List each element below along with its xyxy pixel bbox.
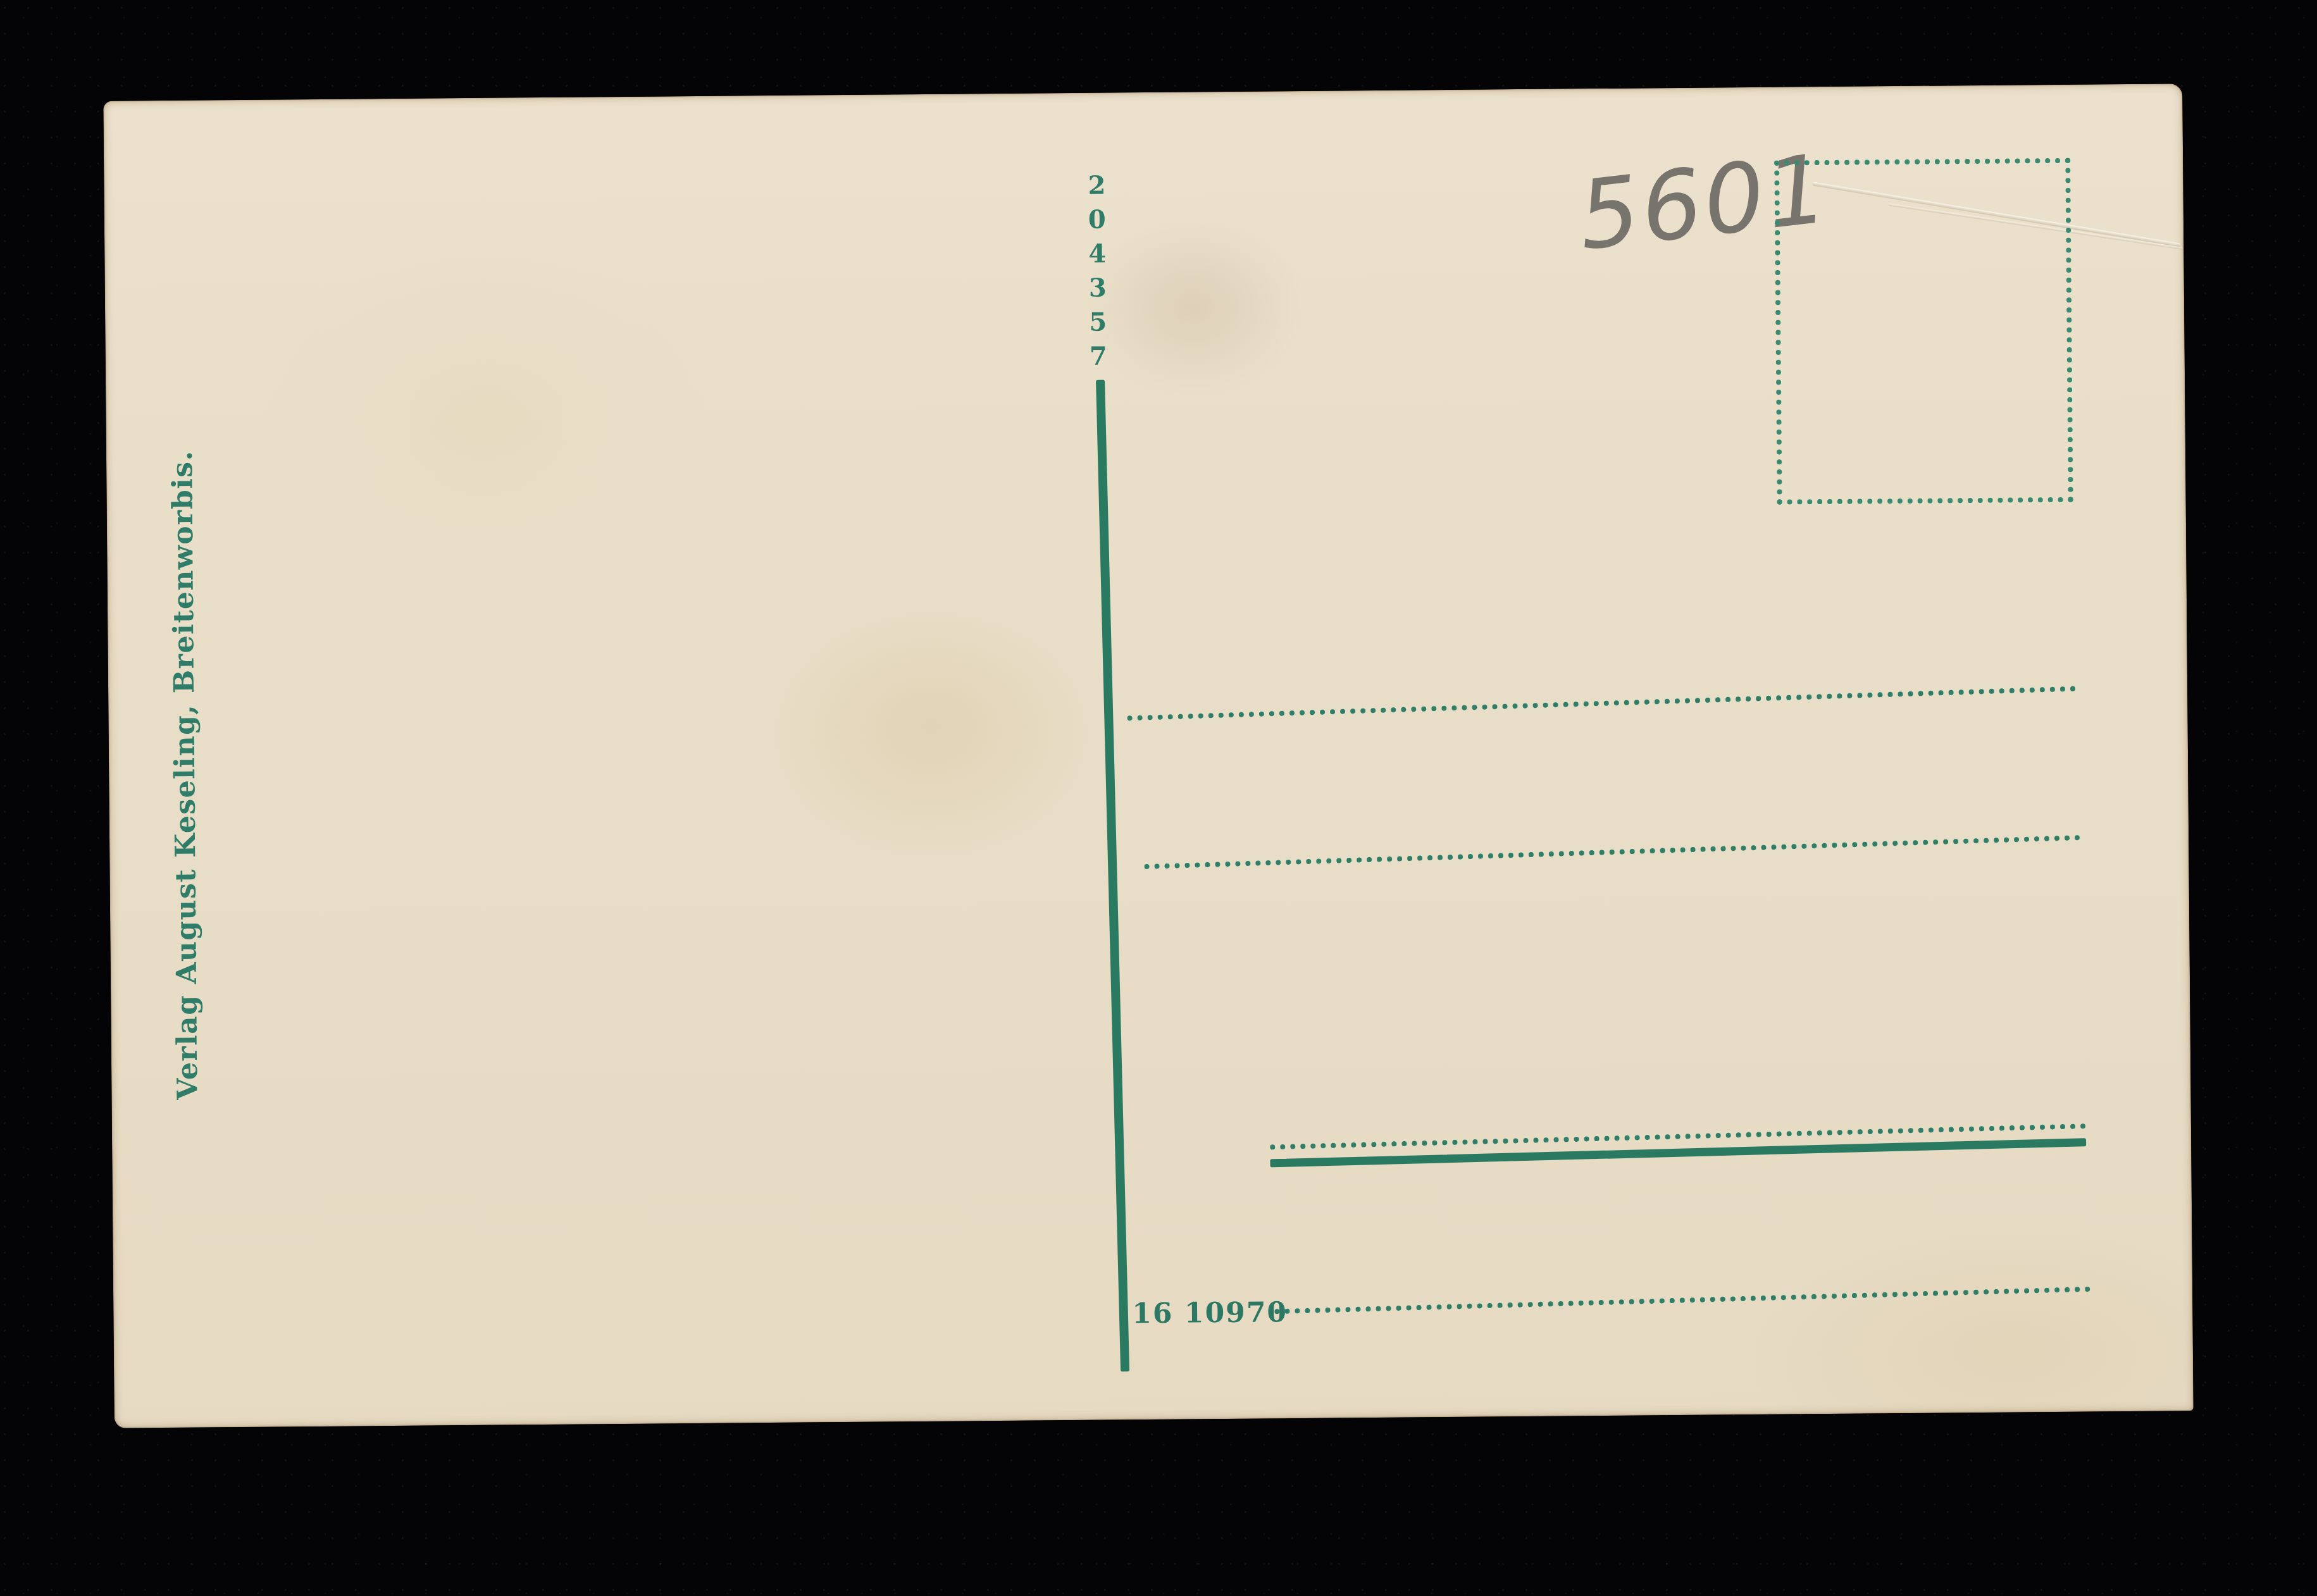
code-digit: 2 xyxy=(1088,169,1105,203)
code-digit: 4 xyxy=(1088,237,1106,271)
postcard-back: Verlag August Keseling, Breitenworbis. 2… xyxy=(103,84,2193,1428)
address-line-1 xyxy=(1127,686,2076,721)
print-number: 16 10970 xyxy=(1132,1296,1288,1330)
address-line-2 xyxy=(1144,835,2080,869)
code-digit: 5 xyxy=(1089,306,1107,340)
code-digit: 3 xyxy=(1089,271,1107,306)
address-line-4 xyxy=(1274,1287,2090,1315)
publisher-imprint: Verlag August Keseling, Breitenworbis. xyxy=(166,450,204,1100)
code-digit: 0 xyxy=(1088,203,1106,237)
vertical-code: 2 0 4 3 5 7 xyxy=(1084,168,1111,373)
center-divider-line xyxy=(1096,380,1129,1371)
code-digit: 7 xyxy=(1090,340,1107,374)
stamp-box xyxy=(1774,158,2073,505)
